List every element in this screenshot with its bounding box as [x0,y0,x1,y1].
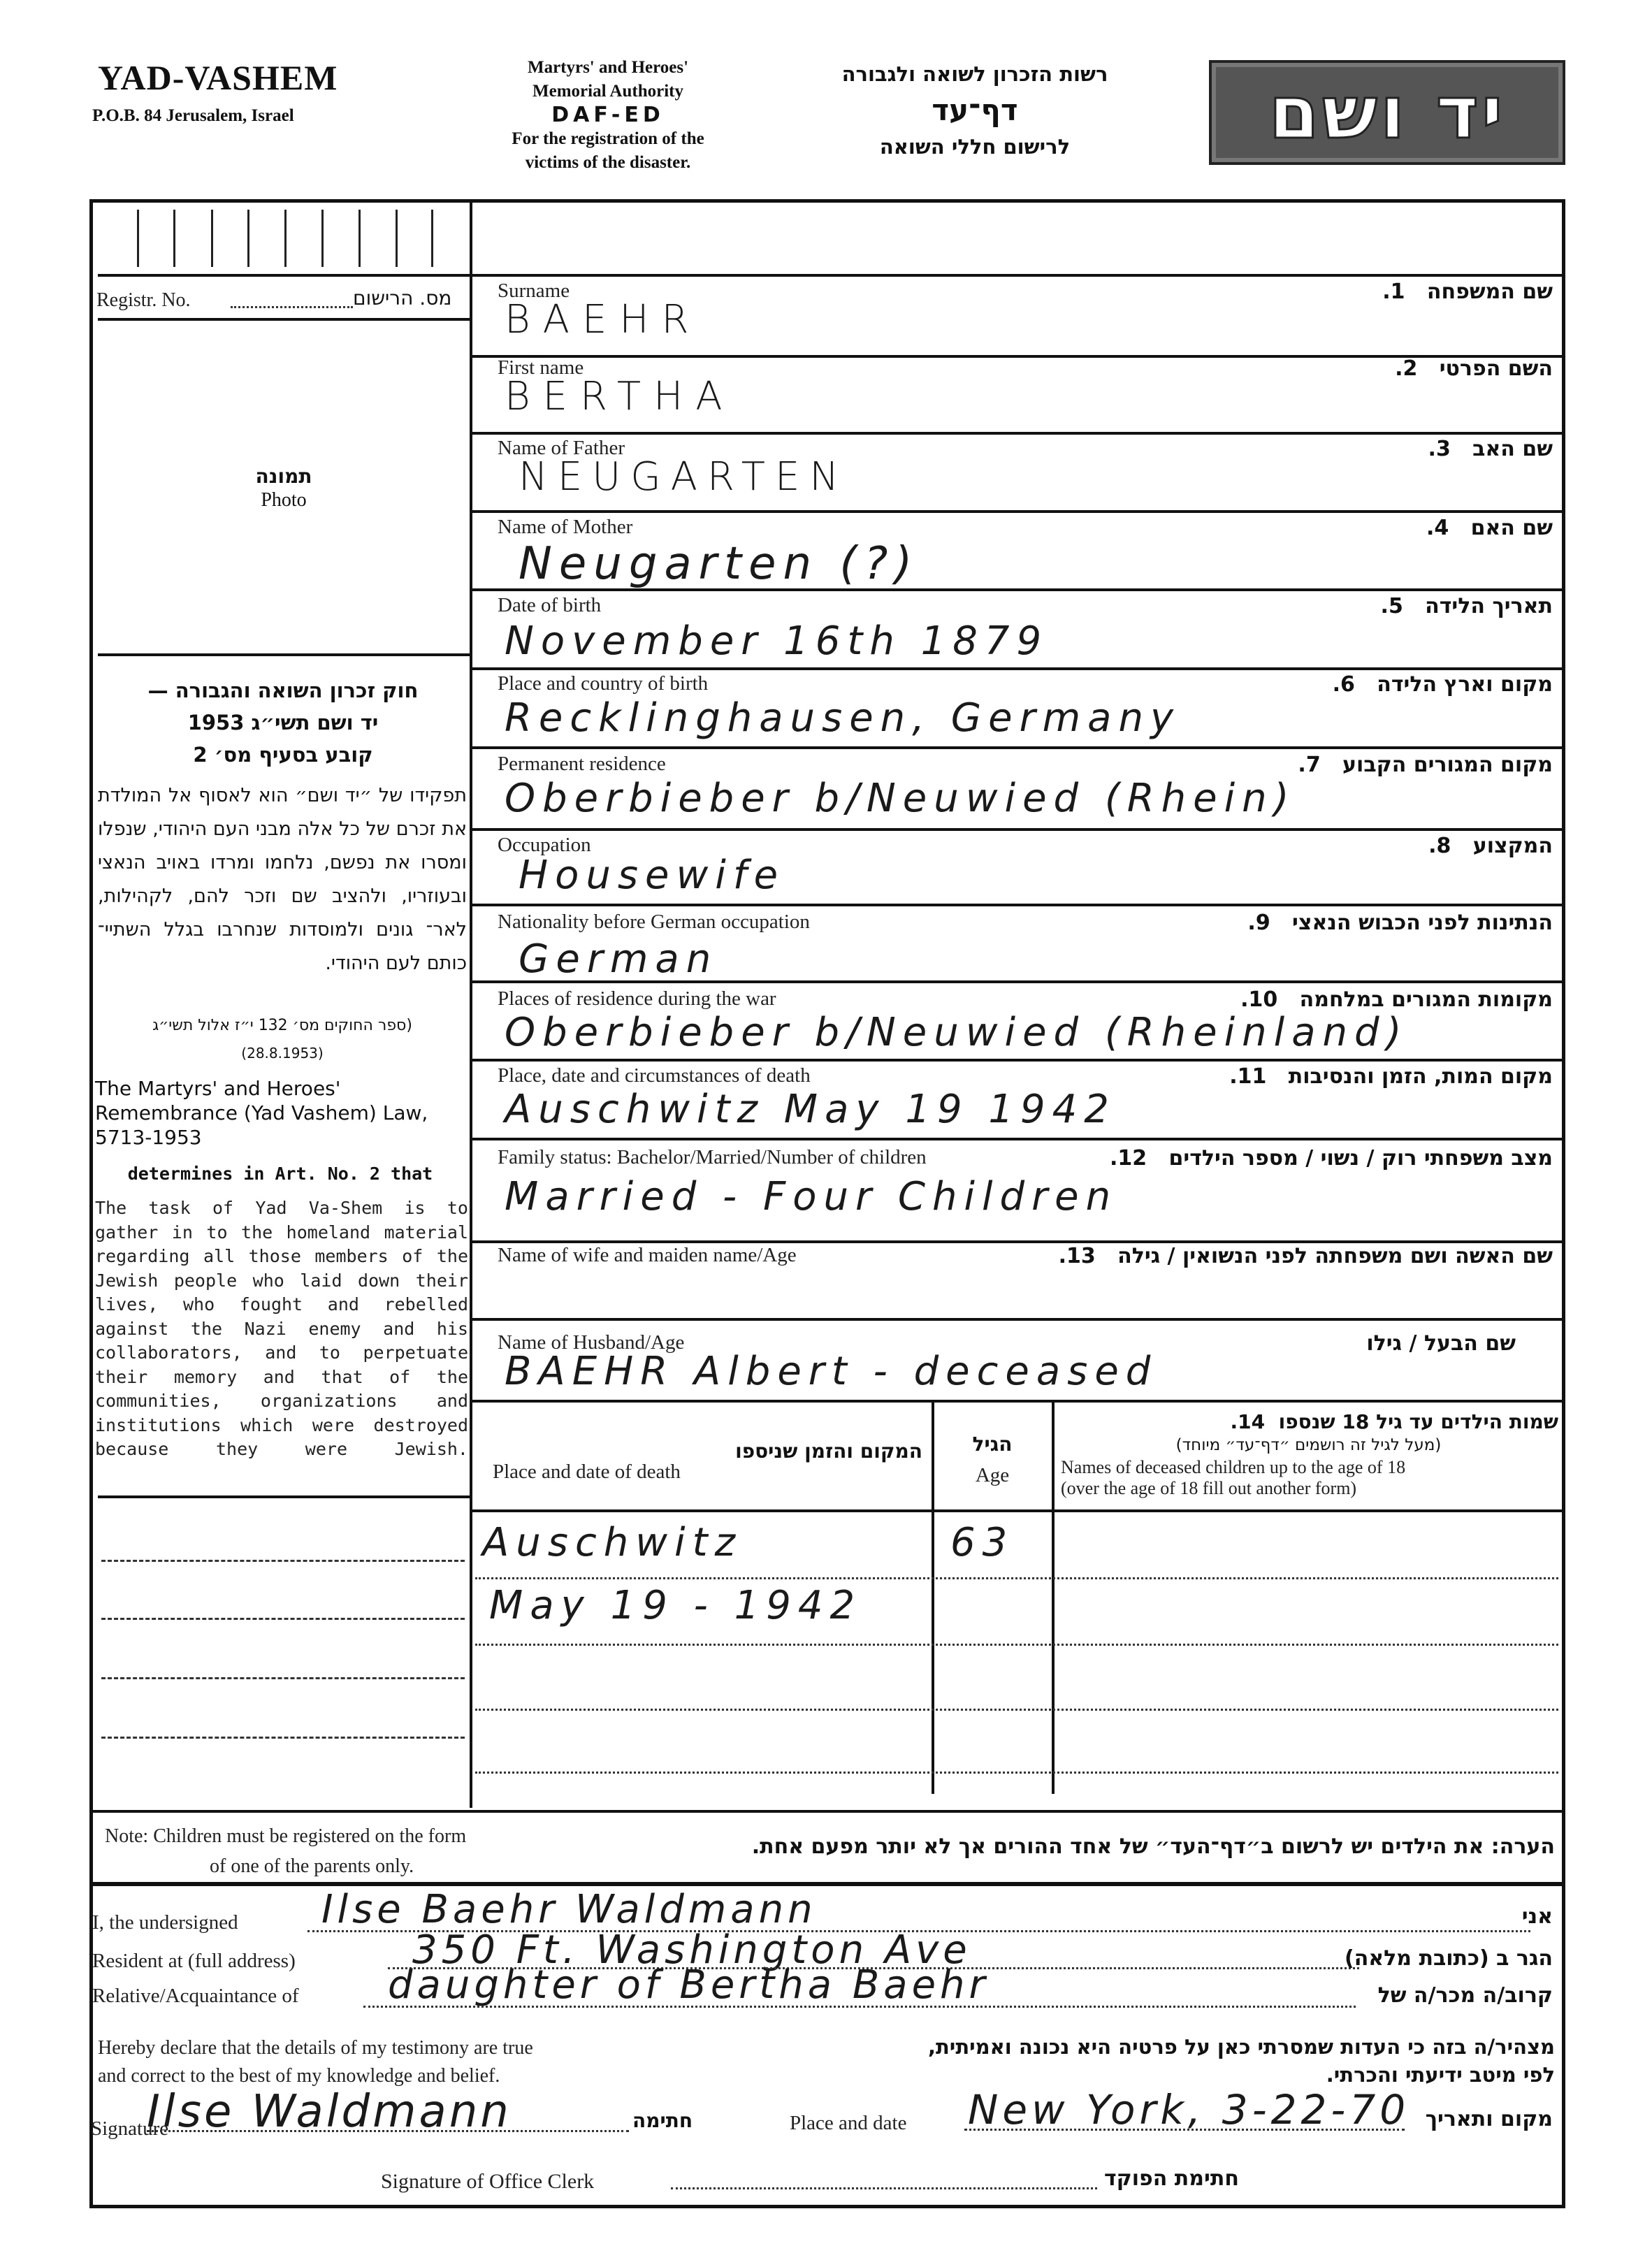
divider [472,1318,1563,1321]
org-name: YAD-VASHEM [98,57,338,98]
birth-place-label: Place and country of birth [498,672,708,695]
divider [472,980,1563,983]
note-line-2: of one of the parents only. [210,1855,414,1878]
form-purpose-line-2: victims of the disaster. [447,151,769,175]
blank-line[interactable] [101,1560,465,1562]
children-header-he-sub: (מעל לגיל זה רושמים ״דף־עד״ מיוחד) [1059,1436,1558,1454]
divider [472,1059,1563,1062]
mother-name-label-he: שם האם 4. [1426,516,1553,540]
nationality-label: Nationality before German occupation [498,911,810,934]
divider [98,274,470,277]
registration-box-divider [247,210,249,267]
birth-date-field[interactable]: November 16th 1879 [505,618,1048,664]
hebrew-authority: רשות הזכרון לשואה ולגבורה [811,56,1139,92]
authority-line-2: Memorial Authority [447,80,769,103]
family-status-label-he: מצב משפחתי רוק / נשוי / מספר הילדים 12. [1110,1146,1553,1171]
place-date-field[interactable]: New York, 3-22-70 [968,2086,1410,2134]
family-status-field[interactable]: Married - Four Children [505,1174,1117,1219]
registration-box-divider [358,210,361,267]
children-header-sub: (over the age of 18 fill out another for… [1061,1478,1356,1499]
husband-name-field[interactable]: BAEHR Albert - deceased [505,1349,1157,1394]
declare-he-line-2: לפי מיטב ידיעתי והכרתי. [811,2063,1555,2087]
divider [472,1400,1563,1403]
address-label-he: הגר ב (כתובת מלאה) [1345,1946,1553,1971]
task-text-en: The task of Yad Va-Shem is to gather in … [95,1196,468,1462]
place-date-header: Place and date of death [493,1461,681,1484]
undersigned-label: I, the undersigned [92,1911,238,1934]
registration-box-divider [396,210,398,267]
undersigned-label-he: אני [1522,1904,1553,1929]
clerk-signature-field[interactable] [671,2187,1097,2189]
clerk-label-he: חתימת הפוקד [1104,2166,1239,2191]
permanent-residence-label-he: מקום המגורים הקבוע 7. [1298,753,1553,777]
law-heading-he-line: קובע בסעיף מס׳ 2 [105,739,461,771]
birth-place-label-he: מקום וארץ הלידה 6. [1333,672,1553,697]
death-circumstances-label: Place, date and circumstances of death [498,1064,811,1087]
occupation-field[interactable]: Housewife [519,853,785,898]
divider [472,828,1563,831]
relative-label: Relative/Acquaintance of [92,1985,299,2008]
birth-place-field[interactable]: Recklinghausen, Germany [505,695,1180,741]
row-line [475,1577,1558,1579]
yad-vashem-logo: יד ושם [1209,60,1565,165]
signature-label-he: חתימה [632,2109,693,2132]
surname-label-he: שם המשפחה 1. [1382,280,1553,304]
divider [98,318,470,321]
clerk-label: Signature of Office Clerk [381,2170,594,2194]
relative-label-he: קרוב/ה מכר/ה של [1378,1983,1553,2008]
registration-box-divider [284,210,287,267]
wife-name-label: Name of wife and maiden name/Age [498,1244,797,1267]
child-row-place-date[interactable] [475,1647,929,1707]
photo-label: Photo [98,489,470,512]
war-residence-label: Places of residence during the war [498,987,776,1011]
war-residence-label-he: מקומות המגורים במלחמה 10. [1240,987,1553,1012]
column-divider [470,201,472,1808]
form-name: DAF-ED [447,103,769,127]
death-circumstances-field[interactable]: Auschwitz May 19 1942 [505,1087,1116,1132]
registration-box-divider [137,210,139,267]
occupation-label-he: המקצוע 8. [1428,834,1553,858]
org-address: P.O.B. 84 Jerusalem, Israel [92,106,294,126]
child-row-age[interactable] [936,1647,1048,1707]
child-row-age[interactable] [936,1712,1048,1772]
father-name-field[interactable]: NEUGARTEN [519,454,848,500]
blank-line[interactable] [101,1677,465,1679]
divider [472,274,1563,277]
law-ref-date: (28.8.1953) [98,1045,467,1062]
column-divider [1052,1403,1055,1794]
hebrew-purpose: לרישום חללי השואה [811,129,1139,165]
law-heading-he: חוק זכרון השואה והגבורה — יד ושם תשי״ג 1… [105,674,461,771]
relative-line [363,2006,1356,2008]
divider [472,1509,1563,1512]
address-label: Resident at (full address) [92,1950,296,1973]
child-row-names[interactable] [1059,1647,1558,1707]
child-row-place-date[interactable]: May 19 - 1942 [489,1583,862,1628]
place-date-label: Place and date [790,2112,906,2135]
law-heading-he-line: חוק זכרון השואה והגבורה — [105,674,461,707]
divider [98,653,470,656]
row-line [475,1772,1558,1774]
child-row-place-date[interactable] [475,1712,929,1772]
row-line [475,1709,1558,1711]
child-row-names[interactable] [1059,1513,1558,1576]
death-circumstances-label-he: מקום המות, הזמן והנסיבות 11. [1229,1064,1553,1089]
divider [472,1138,1563,1140]
registration-box-divider [321,210,324,267]
first-name-field[interactable]: BERTHA [505,374,735,419]
declare-line-2: and correct to the best of my knowledge … [98,2065,500,2087]
note-text-he: הערה: את הילדים יש לרשום ב״דף־העד״ של אח… [657,1834,1555,1859]
child-row-place-date[interactable]: Auschwitz [482,1520,742,1565]
divider [472,667,1563,670]
husband-name-label-he: שם הבעל / גילו [1366,1331,1516,1356]
column-divider [932,1403,934,1794]
divider [91,1810,1564,1813]
registr-no-label-he: מס. הרישום [353,287,451,310]
row-line [475,1644,1558,1646]
determines-text: determines in Art. No. 2 that [95,1164,465,1184]
place-date-line [964,2129,1405,2131]
law-heading-he-line: יד ושם תשי״ג 1953 [105,707,461,739]
nationality-label-he: הנתינות לפני הכבוש הנאצי 9. [1247,911,1553,935]
age-header-he: הגיל [936,1433,1048,1456]
hebrew-form-name: דף־עד [811,92,1139,129]
father-name-label-he: שם האב 3. [1428,437,1553,461]
authority-line-1: Martyrs' and Heroes' [447,56,769,80]
divider [472,510,1563,513]
place-date-header-he: המקום והזמן שניספו [482,1440,922,1463]
permanent-residence-label: Permanent residence [498,753,666,776]
first-name-label-he: השם הפרטי 2. [1395,356,1553,381]
wife-name-label-he: שם האשה ושם משפחתה לפני הנשואין / גילה 1… [1059,1244,1553,1268]
divider [91,1882,1564,1886]
declare-line-1: Hereby declare that the details of my te… [98,2037,533,2059]
law-text-he: תפקידו של ״יד ושם״ הוא לאסוף אל המולדת א… [98,779,467,980]
blank-line[interactable] [101,1618,465,1620]
registr-no-label: Registr. No. [96,289,191,312]
age-header: Age [936,1464,1048,1487]
child-row-names[interactable] [1059,1712,1558,1772]
birth-date-label-he: תאריך הלידה 5. [1381,594,1553,618]
declare-he-line-1: מצהיר/ה בזה כי העדות שמסרתי כאן על פרטיה… [811,2035,1555,2059]
law-title-en: The Martyrs' and Heroes' Remembrance (Ya… [95,1076,465,1150]
logo-text: יד ושם [1269,70,1506,155]
mother-name-label: Name of Mother [498,516,632,539]
divider [472,588,1563,591]
divider [472,904,1563,906]
registration-box-divider [173,210,175,267]
birth-date-label: Date of birth [498,594,601,617]
place-date-label-he: מקום ותאריך [1426,2107,1553,2131]
hebrew-header-block: רשות הזכרון לשואה ולגבורה דף־עד לרישום ח… [811,56,1139,165]
family-status-label: Family status: Bachelor/Married/Number o… [498,1146,927,1169]
divider [472,746,1563,749]
children-header: Names of deceased children up to the age… [1061,1457,1405,1478]
divider [98,1495,470,1498]
law-ref-he: (ספר החוקים מס׳ 132 י״ז אלול תשי״ג [98,1017,467,1034]
relative-field[interactable]: daughter of Bertha Baehr [388,1962,990,2008]
form-purpose-line-1: For the registration of the [447,127,769,151]
mother-name-field[interactable]: Neugarten (?) [519,538,919,590]
nationality-field[interactable]: German [519,936,718,982]
surname-field[interactable]: BAEHR [505,297,701,342]
divider [472,1240,1563,1243]
registration-box-divider [211,210,213,267]
child-row-age[interactable]: 63 [950,1520,1014,1565]
permanent-residence-field[interactable]: Oberbieber b/Neuwied (Rhein) [505,776,1296,821]
registr-no-field[interactable] [231,306,353,308]
divider [472,432,1563,435]
child-row-names[interactable] [1059,1581,1558,1640]
photo-area[interactable]: תמונה Photo [98,321,470,664]
blank-line[interactable] [101,1737,465,1739]
registration-box-divider [431,210,433,267]
photo-label-he: תמונה [98,465,470,488]
signature-line [147,2130,629,2132]
children-header-he: שמות הילדים עד גיל 18 שנספו 14. [1059,1410,1558,1433]
war-residence-field[interactable]: Oberbieber b/Neuwied (Rheinland) [505,1010,1408,1055]
authority-block: Martyrs' and Heroes' Memorial Authority … [447,56,769,175]
undersigned-field[interactable]: Ilse Baehr Waldmann [321,1887,817,1932]
note-line-1: Note: Children must be registered on the… [105,1825,466,1848]
